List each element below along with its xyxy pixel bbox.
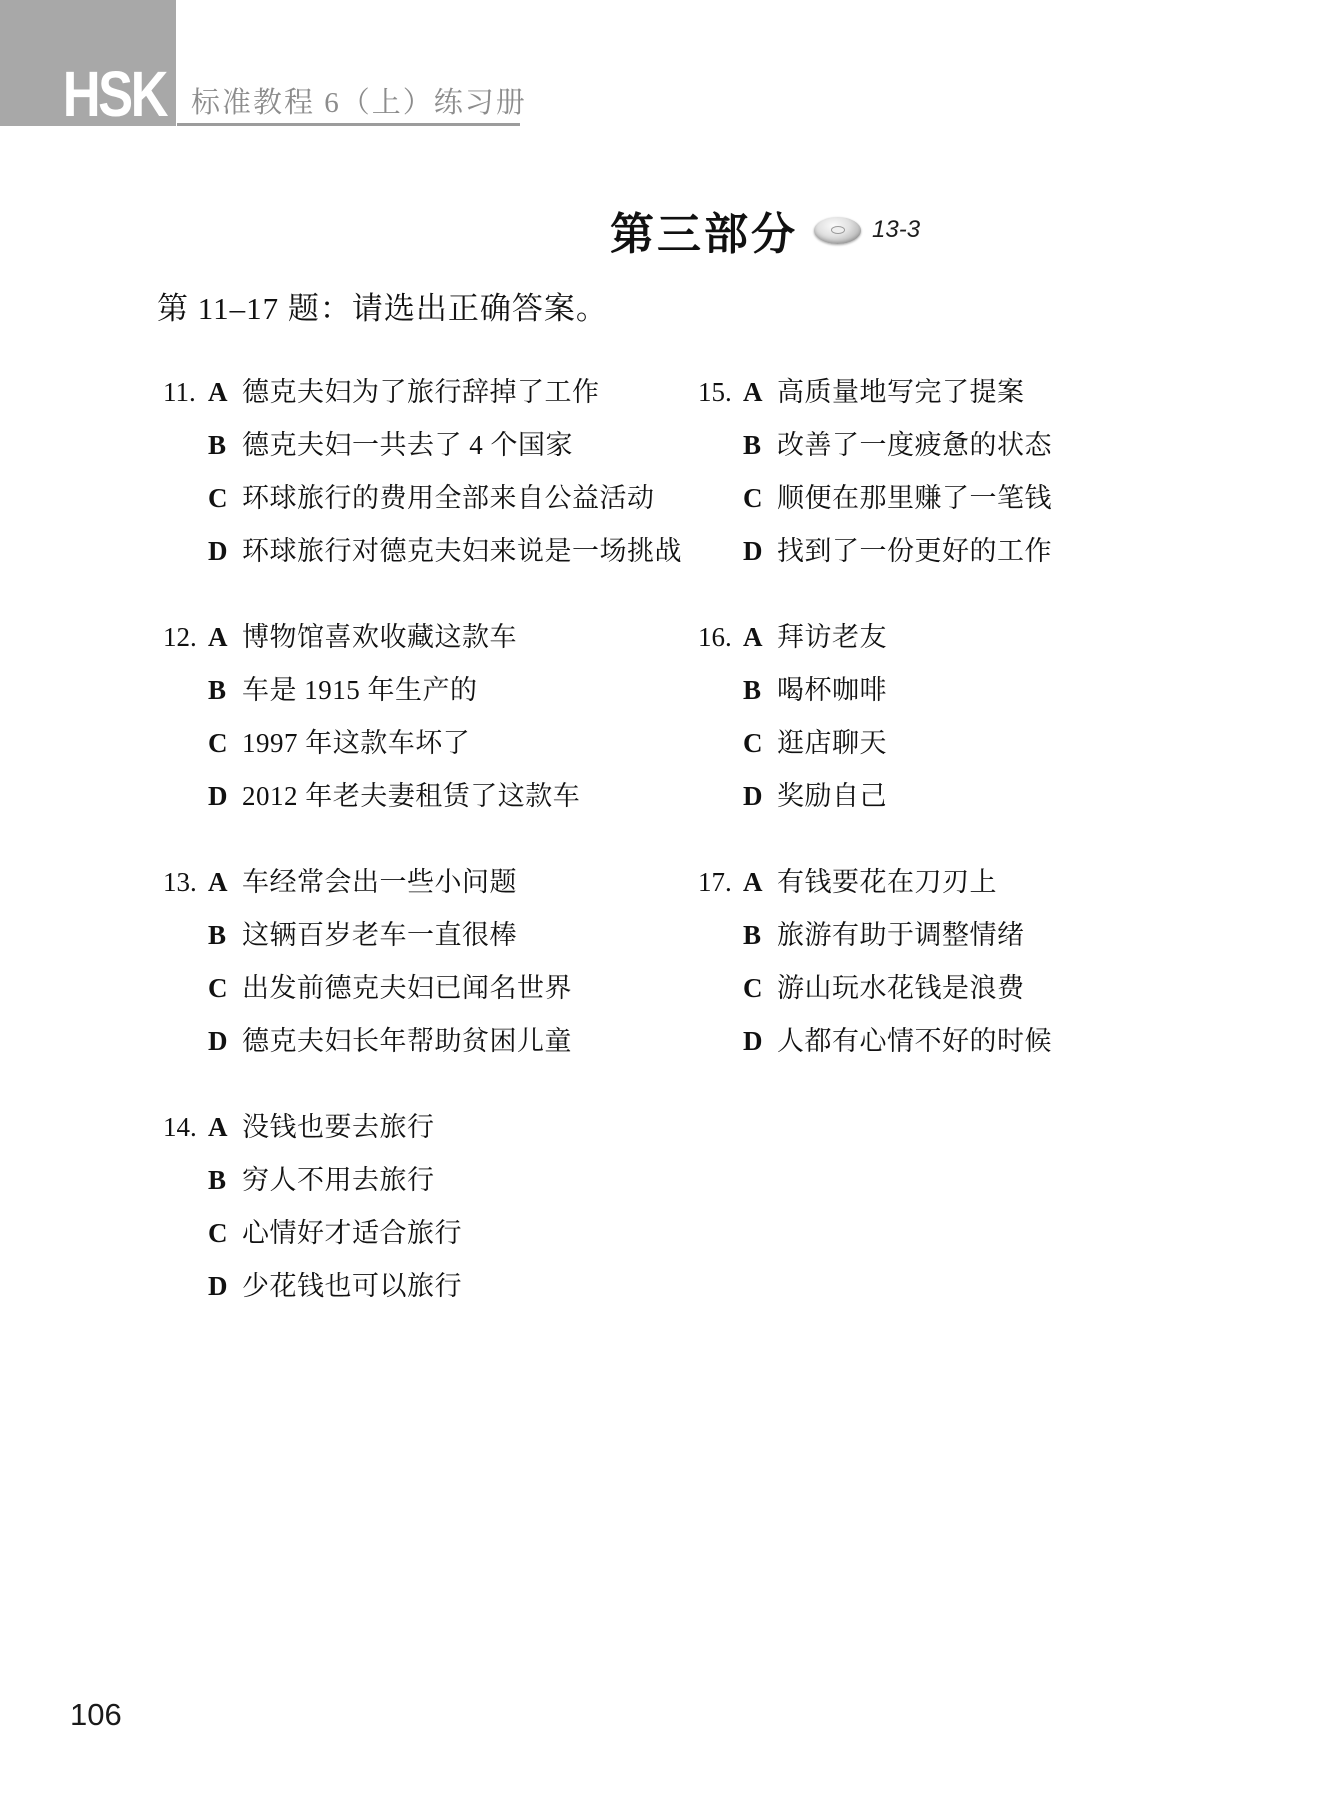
option-letter: B: [208, 664, 242, 717]
questions-column-left: 11. A 德克夫妇为了旅行辞掉了工作 B 德克夫妇一共去了 4 个国家 C 环…: [163, 366, 682, 1346]
option-15-b: B 改善了一度疲惫的状态: [743, 419, 1052, 472]
option-15-c: C 顺便在那里赚了一笔钱: [743, 472, 1052, 525]
option-letter: A: [743, 611, 777, 664]
option-13-d: D 德克夫妇长年帮助贫困儿童: [208, 1015, 572, 1068]
question-14: 14. A 没钱也要去旅行 B 穷人不用去旅行 C 心情好才适合旅行 D 少花钱…: [163, 1101, 682, 1313]
option-17-b: B 旅游有助于调整情绪: [743, 909, 1052, 962]
hsk-logo: HSK: [63, 65, 166, 124]
option-text: 环球旅行对德克夫妇来说是一场挑战: [242, 525, 682, 578]
option-letter: C: [743, 962, 777, 1015]
option-text: 没钱也要去旅行: [242, 1101, 435, 1154]
option-letter: C: [208, 717, 242, 770]
option-letter: B: [208, 419, 242, 472]
option-13-b: B 这辆百岁老车一直很棒: [208, 909, 572, 962]
option-letter: D: [743, 770, 777, 823]
question-number: 11.: [163, 366, 208, 578]
option-text: 穷人不用去旅行: [242, 1154, 435, 1207]
option-14-c: C 心情好才适合旅行: [208, 1207, 462, 1260]
option-text: 博物馆喜欢收藏这款车: [242, 611, 517, 664]
question-17: 17. A 有钱要花在刀刃上 B 旅游有助于调整情绪 C 游山玩水花钱是浪费 D…: [698, 856, 1052, 1068]
option-text: 德克夫妇长年帮助贫困儿童: [242, 1015, 572, 1068]
option-text: 奖励自己: [777, 770, 887, 823]
option-16-b: B 喝杯咖啡: [743, 664, 887, 717]
option-text: 1997 年这款车坏了: [242, 717, 470, 770]
option-letter: B: [208, 1154, 242, 1207]
option-text: 心情好才适合旅行: [242, 1207, 462, 1260]
option-text: 逛店聊天: [777, 717, 887, 770]
option-text: 环球旅行的费用全部来自公益活动: [242, 472, 655, 525]
book-title: 标准教程 6（上）练习册: [191, 80, 527, 121]
instruction-line: 第 11–17 题：请选出正确答案。: [157, 283, 608, 328]
section-title: 第三部分: [610, 198, 798, 262]
option-letter: A: [743, 366, 777, 419]
option-text: 改善了一度疲惫的状态: [777, 419, 1052, 472]
option-text: 德克夫妇一共去了 4 个国家: [242, 419, 573, 472]
option-text: 拜访老友: [777, 611, 887, 664]
option-13-c: C 出发前德克夫妇已闻名世界: [208, 962, 572, 1015]
option-11-b: B 德克夫妇一共去了 4 个国家: [208, 419, 682, 472]
question-15: 15. A 高质量地写完了提案 B 改善了一度疲惫的状态 C 顺便在那里赚了一笔…: [698, 366, 1052, 578]
question-12: 12. A 博物馆喜欢收藏这款车 B 车是 1915 年生产的 C 1997 年…: [163, 611, 682, 823]
option-13-a: A 车经常会出一些小问题: [208, 856, 572, 909]
option-17-a: A 有钱要花在刀刃上: [743, 856, 1052, 909]
option-15-d: D 找到了一份更好的工作: [743, 525, 1052, 578]
option-11-a: A 德克夫妇为了旅行辞掉了工作: [208, 366, 682, 419]
option-letter: D: [208, 770, 242, 823]
option-text: 高质量地写完了提案: [777, 366, 1025, 419]
question-number: 15.: [698, 366, 743, 578]
question-number: 12.: [163, 611, 208, 823]
question-13: 13. A 车经常会出一些小问题 B 这辆百岁老车一直很棒 C 出发前德克夫妇已…: [163, 856, 682, 1068]
option-17-c: C 游山玩水花钱是浪费: [743, 962, 1052, 1015]
option-14-d: D 少花钱也可以旅行: [208, 1260, 462, 1313]
option-text: 这辆百岁老车一直很棒: [242, 909, 517, 962]
option-text: 顺便在那里赚了一笔钱: [777, 472, 1052, 525]
option-16-d: D 奖励自己: [743, 770, 887, 823]
option-letter: C: [208, 962, 242, 1015]
section-heading: 第三部分 13-3: [610, 198, 920, 262]
question-number: 17.: [698, 856, 743, 1068]
option-15-a: A 高质量地写完了提案: [743, 366, 1052, 419]
question-number: 16.: [698, 611, 743, 823]
option-12-c: C 1997 年这款车坏了: [208, 717, 580, 770]
question-number: 13.: [163, 856, 208, 1068]
option-letter: D: [743, 525, 777, 578]
option-text: 游山玩水花钱是浪费: [777, 962, 1025, 1015]
option-letter: B: [208, 909, 242, 962]
option-14-b: B 穷人不用去旅行: [208, 1154, 462, 1207]
option-letter: C: [208, 1207, 242, 1260]
option-text: 人都有心情不好的时候: [777, 1015, 1052, 1068]
option-17-d: D 人都有心情不好的时候: [743, 1015, 1052, 1068]
question-11: 11. A 德克夫妇为了旅行辞掉了工作 B 德克夫妇一共去了 4 个国家 C 环…: [163, 366, 682, 578]
option-letter: D: [208, 525, 242, 578]
option-text: 有钱要花在刀刃上: [777, 856, 997, 909]
option-16-c: C 逛店聊天: [743, 717, 887, 770]
page-number: 106: [70, 1697, 122, 1733]
option-text: 找到了一份更好的工作: [777, 525, 1052, 578]
option-letter: A: [208, 611, 242, 664]
option-letter: D: [208, 1260, 242, 1313]
option-letter: B: [743, 419, 777, 472]
option-text: 德克夫妇为了旅行辞掉了工作: [242, 366, 600, 419]
option-letter: B: [743, 664, 777, 717]
option-letter: B: [743, 909, 777, 962]
option-12-d: D 2012 年老夫妻租赁了这款车: [208, 770, 580, 823]
option-text: 旅游有助于调整情绪: [777, 909, 1025, 962]
option-letter: C: [743, 717, 777, 770]
option-letter: A: [743, 856, 777, 909]
option-letter: D: [743, 1015, 777, 1068]
option-11-c: C 环球旅行的费用全部来自公益活动: [208, 472, 682, 525]
header-rule: [177, 123, 520, 126]
option-letter: A: [208, 856, 242, 909]
option-letter: A: [208, 1101, 242, 1154]
cd-icon: [814, 217, 861, 244]
option-16-a: A 拜访老友: [743, 611, 887, 664]
question-number: 14.: [163, 1101, 208, 1313]
option-letter: C: [208, 472, 242, 525]
option-text: 出发前德克夫妇已闻名世界: [242, 962, 572, 1015]
workbook-page: HSK 标准教程 6（上）练习册 第三部分 13-3 第 11–17 题：请选出…: [0, 0, 1327, 1800]
option-text: 2012 年老夫妻租赁了这款车: [242, 770, 580, 823]
option-text: 喝杯咖啡: [777, 664, 887, 717]
option-12-b: B 车是 1915 年生产的: [208, 664, 580, 717]
question-16: 16. A 拜访老友 B 喝杯咖啡 C 逛店聊天 D 奖励自己: [698, 611, 1052, 823]
option-12-a: A 博物馆喜欢收藏这款车: [208, 611, 580, 664]
option-14-a: A 没钱也要去旅行: [208, 1101, 462, 1154]
option-text: 车经常会出一些小问题: [242, 856, 517, 909]
hsk-logo-box: HSK: [0, 0, 176, 126]
audio-track-label: 13-3: [872, 216, 920, 244]
option-letter: A: [208, 366, 242, 419]
option-letter: C: [743, 472, 777, 525]
option-11-d: D 环球旅行对德克夫妇来说是一场挑战: [208, 525, 682, 578]
questions-column-right: 15. A 高质量地写完了提案 B 改善了一度疲惫的状态 C 顺便在那里赚了一笔…: [698, 366, 1052, 1101]
option-text: 车是 1915 年生产的: [242, 664, 478, 717]
option-letter: D: [208, 1015, 242, 1068]
option-text: 少花钱也可以旅行: [242, 1260, 462, 1313]
